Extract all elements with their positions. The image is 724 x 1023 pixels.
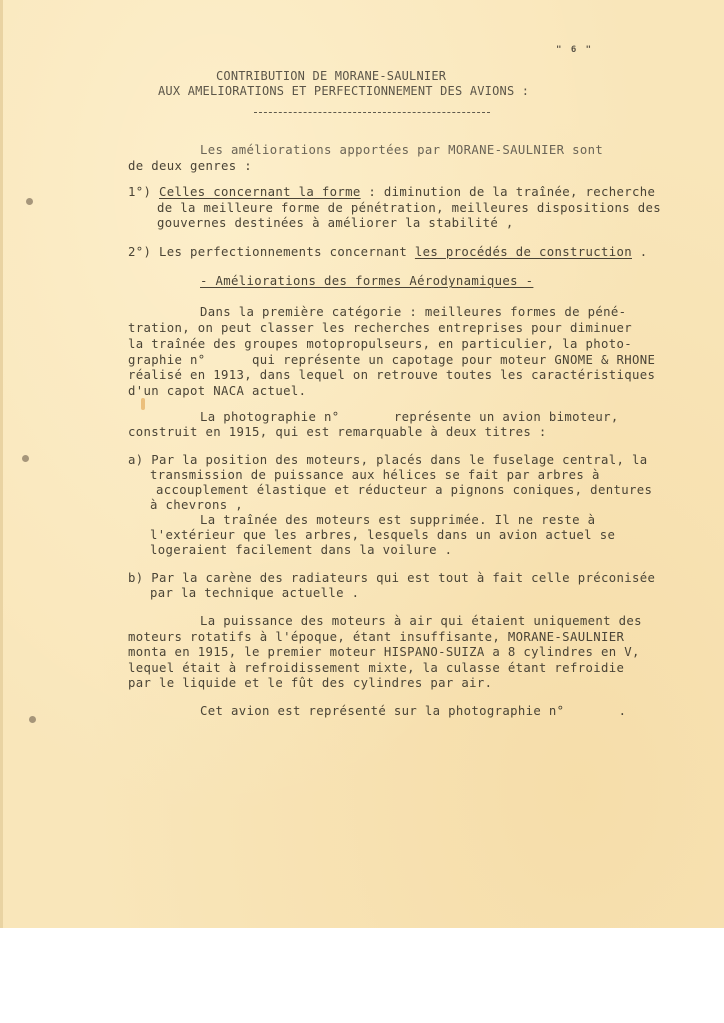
- point-b-line: par la technique actuelle .: [150, 586, 359, 601]
- punch-hole-mark: [29, 716, 36, 723]
- item-1-line-1: 1°) Celles concernant la forme : diminut…: [128, 185, 655, 200]
- intro-line-2: de deux genres :: [128, 159, 252, 174]
- point-a-line: accouplement élastique et réducteur a pi…: [156, 483, 652, 498]
- item-2-text: Les perfectionnements concernant: [159, 245, 415, 259]
- paragraph-1-line: tration, on peut classer les recherches …: [128, 321, 632, 336]
- item-2-underlined: les procédés de construction: [415, 245, 632, 259]
- paragraph-1-line: graphie n° qui représente un capotage po…: [128, 353, 655, 368]
- paragraph-1-line: Dans la première catégorie : meilleures …: [200, 305, 626, 320]
- paragraph-3-line: lequel était à refroidissement mixte, la…: [128, 661, 624, 676]
- item-2-number: 2°): [128, 245, 151, 259]
- page-edge: [0, 0, 3, 928]
- title-divider: [254, 112, 490, 113]
- paper-stain: [141, 398, 145, 410]
- paragraph-3-line: monta en 1915, le premier moteur HISPANO…: [128, 645, 640, 660]
- point-a-line: a) Par la position des moteurs, placés d…: [128, 453, 647, 468]
- point-a-line: transmission de puissance aux hélices se…: [150, 468, 600, 483]
- point-a-line: La traînée des moteurs est supprimée. Il…: [200, 513, 595, 528]
- item-1-underlined: Celles concernant la forme: [159, 185, 361, 199]
- title-line-2: AUX AMELIORATIONS ET PERFECTIONNEMENT DE…: [158, 84, 529, 99]
- page-number-marker: " 6 ": [556, 45, 593, 55]
- closing-line: Cet avion est représenté sur la photogra…: [200, 704, 626, 719]
- paragraph-1-line: réalisé en 1913, dans lequel on retrouve…: [128, 368, 655, 383]
- paragraph-1-line: la traînée des groupes motopropulseurs, …: [128, 337, 632, 352]
- punch-hole-mark: [26, 198, 33, 205]
- paragraph-3-line: par le liquide et le fût des cylindres p…: [128, 676, 492, 691]
- section-heading: - Améliorations des formes Aérodynamique…: [200, 274, 533, 289]
- item-1-line-2: de la meilleure forme de pénétration, me…: [157, 201, 661, 216]
- item-1-number: 1°): [128, 185, 151, 199]
- title-line-1: CONTRIBUTION DE MORANE-SAULNIER: [216, 69, 446, 84]
- point-a-line: l'extérieur que les arbres, lesquels dan…: [150, 528, 615, 543]
- paragraph-3-line: La puissance des moteurs à air qui étaie…: [200, 614, 642, 629]
- point-b-line: b) Par la carène des radiateurs qui est …: [128, 571, 655, 586]
- point-a-line: à chevrons ,: [150, 498, 243, 513]
- scanned-page: " 6 " CONTRIBUTION DE MORANE-SAULNIER AU…: [0, 0, 724, 928]
- item-1-rest: : diminution de la traînée, recherche: [361, 185, 656, 199]
- item-2-end: .: [632, 245, 648, 259]
- item-2-line: 2°) Les perfectionnements concernant les…: [128, 245, 648, 260]
- punch-hole-mark: [22, 455, 29, 462]
- intro-line-1: Les améliorations apportées par MORANE-S…: [200, 143, 603, 158]
- paragraph-3-line: moteurs rotatifs à l'époque, étant insuf…: [128, 630, 624, 645]
- paragraph-2-line: La photographie n° représente un avion b…: [200, 410, 619, 425]
- paragraph-1-line: d'un capot NACA actuel.: [128, 384, 306, 399]
- item-1-line-3: gouvernes destinées à améliorer la stabi…: [157, 216, 514, 231]
- point-a-line: logeraient facilement dans la voilure .: [150, 543, 452, 558]
- paragraph-2-line: construit en 1915, qui est remarquable à…: [128, 425, 547, 440]
